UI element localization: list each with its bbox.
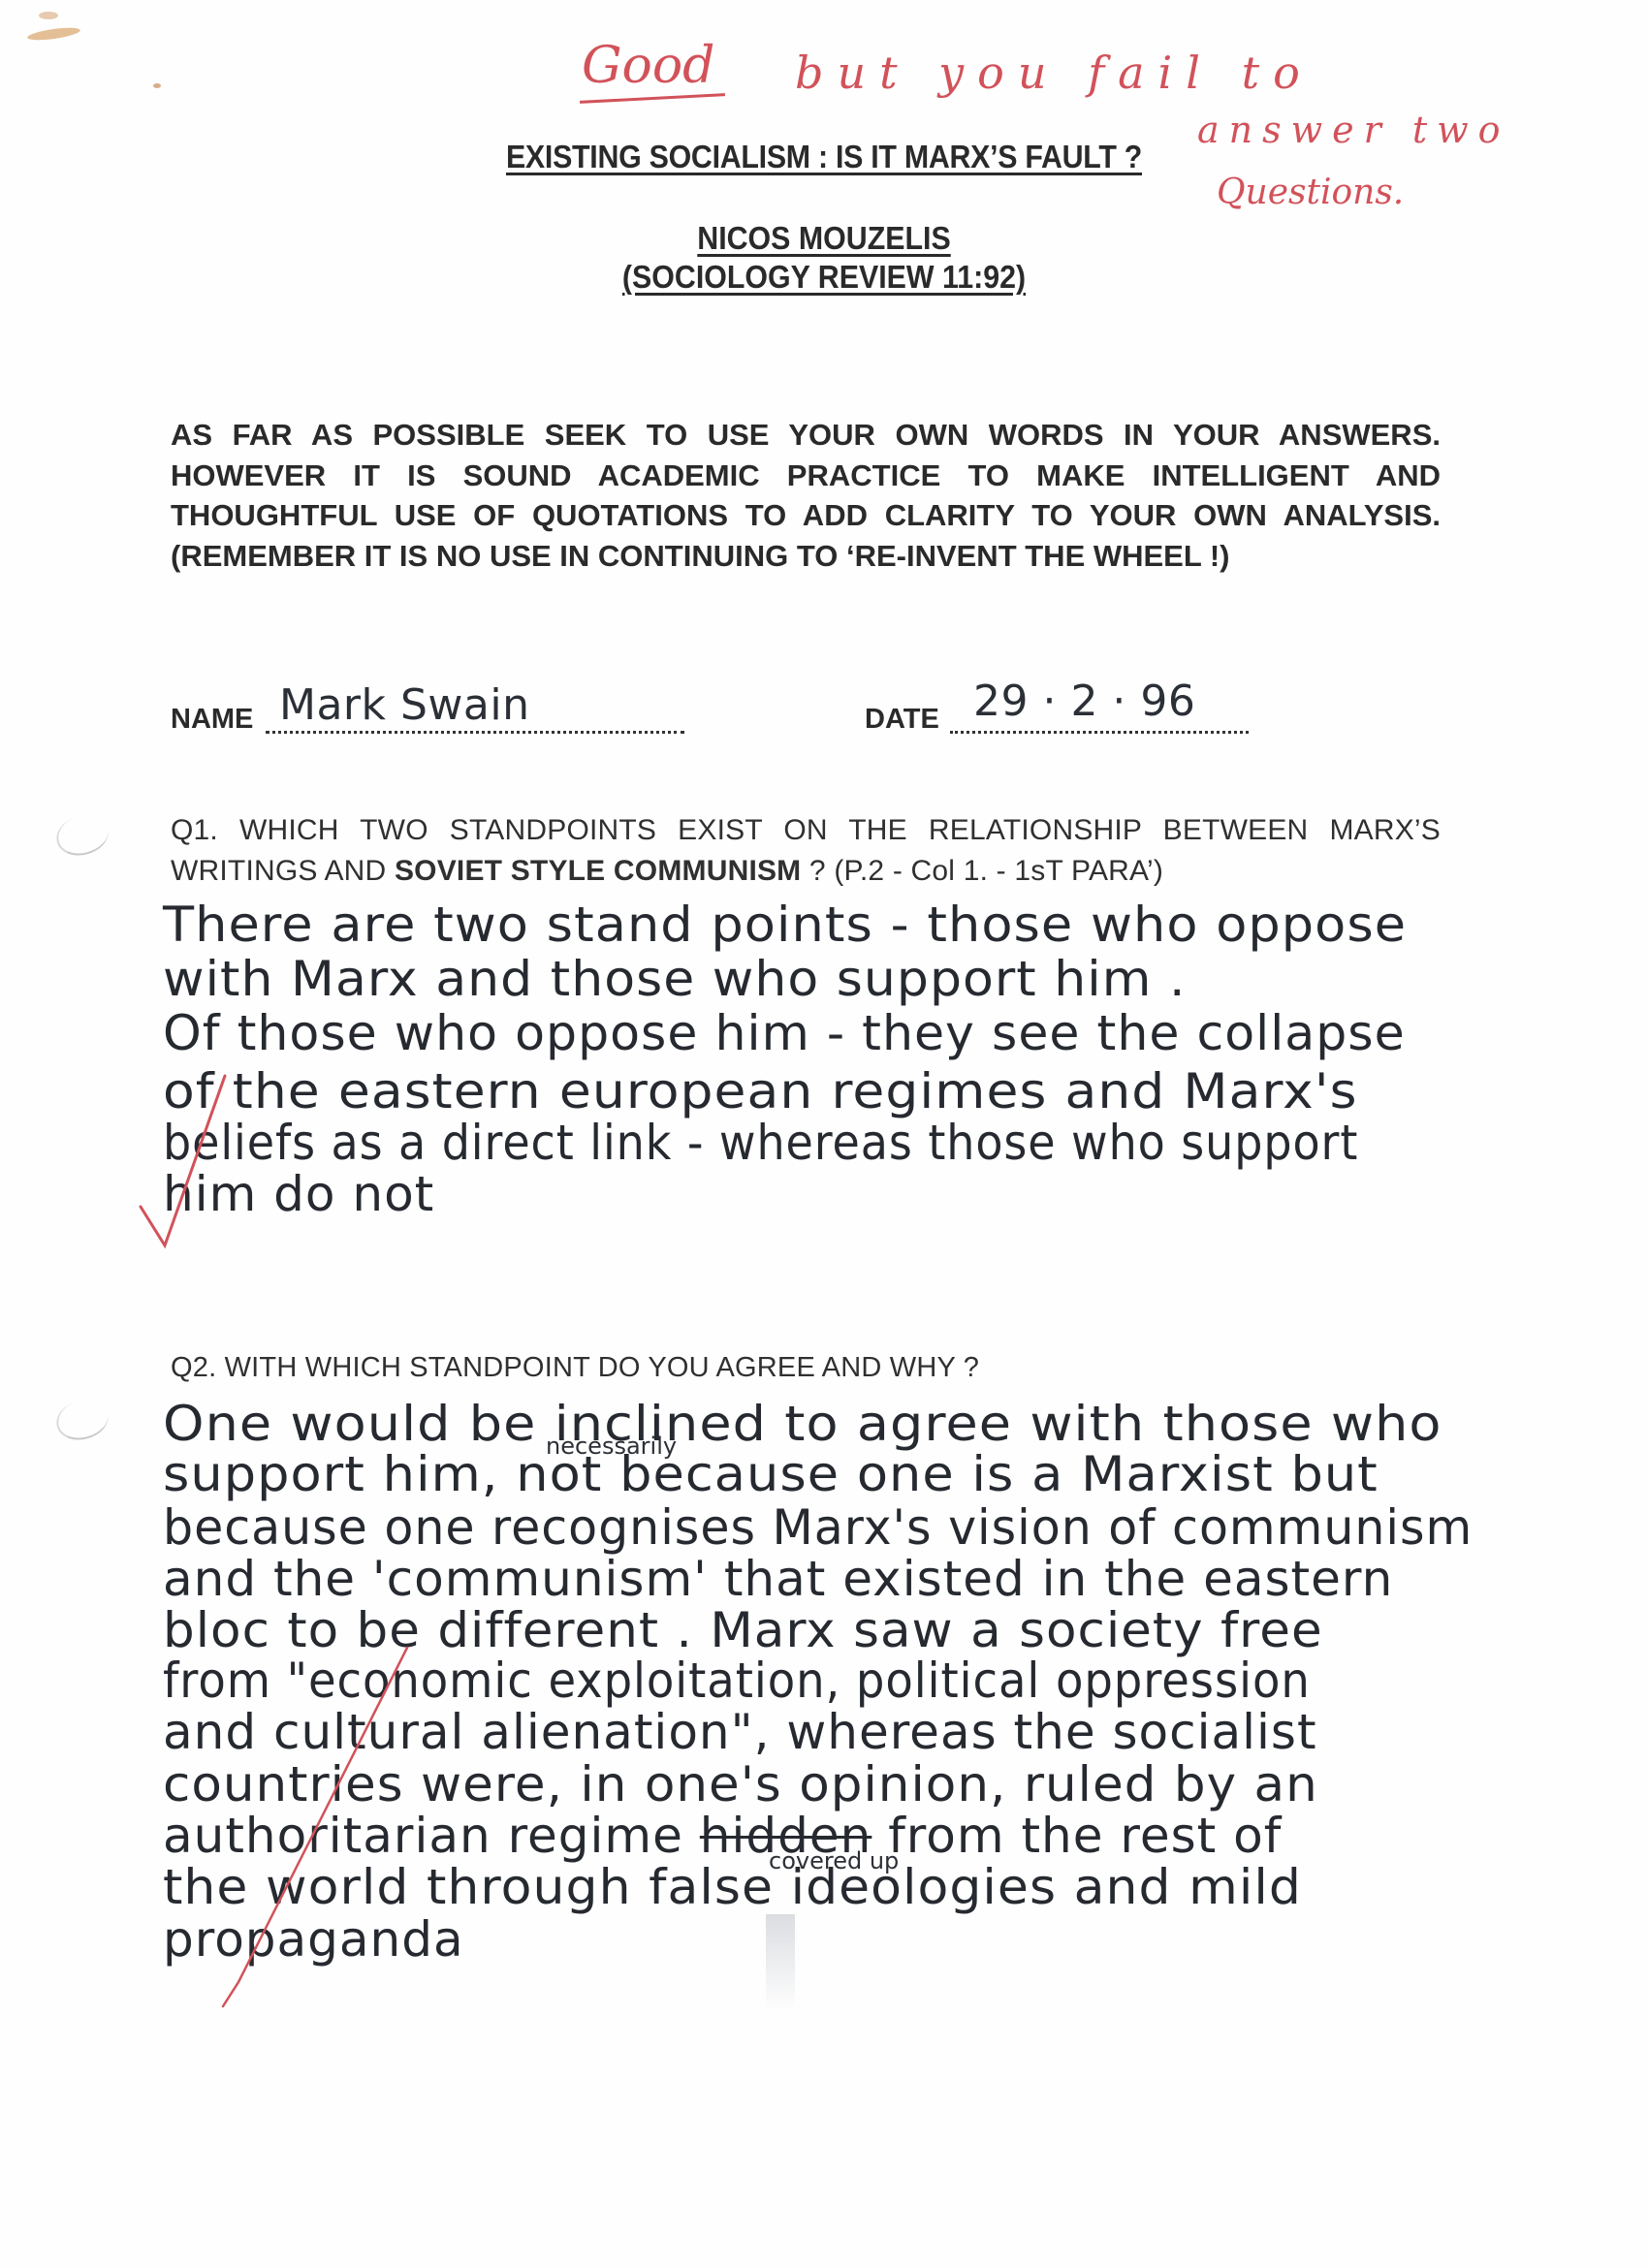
name-value: Mark Swain (279, 680, 529, 730)
answer-line: the world through false ideologies and m… (163, 1859, 1302, 1915)
scan-smudge (153, 83, 161, 88)
answer-line: of the eastern european regimes and Marx… (163, 1063, 1358, 1119)
question-1: Q1. WHICH TWO STANDPOINTS EXIST ON THE R… (171, 810, 1441, 892)
document-source: (SOCIOLOGY REVIEW 11:92) (66, 259, 1582, 296)
answer-line: Of those who oppose him - they see the c… (163, 1005, 1406, 1061)
document-title: EXISTING SOCIALISM : IS IT MARX’S FAULT … (66, 139, 1582, 175)
name-field: NAME Mark Swain (171, 690, 694, 739)
question-2: Q2. WITH WHICH STANDPOINT DO YOU AGREE A… (171, 1347, 979, 1388)
ink-smear (766, 1914, 795, 2011)
date-dotted-line (950, 727, 1249, 734)
answer-line: because one recognises Marx's vision of … (163, 1499, 1473, 1556)
scan-smudge (39, 12, 58, 19)
answer-line: propaganda (163, 1911, 464, 1968)
teacher-comment-text: but you fail to (795, 47, 1314, 99)
date-field: DATE 29 · 2 · 96 (865, 690, 1252, 739)
answer-line: support him, not because one is a Marxis… (163, 1446, 1379, 1502)
instructions-paragraph: AS FAR AS POSSIBLE SEEK TO USE YOUR OWN … (171, 415, 1441, 576)
hole-punch-mark (52, 810, 113, 862)
answer-line: One would be inclined to agree with thos… (163, 1396, 1442, 1452)
answer-line: from "economic exploitation, political o… (163, 1653, 1311, 1709)
answer-line: bloc to be different . Marx saw a societ… (163, 1602, 1323, 1658)
hole-punch-mark (52, 1395, 113, 1446)
answer-text: from the rest of (872, 1808, 1282, 1864)
teacher-comment-good: Good (582, 37, 714, 95)
teacher-comment-text: Questions. (1217, 173, 1404, 212)
question-1-bold: SOVIET STYLE COMMUNISM (395, 855, 801, 887)
name-label: NAME (171, 704, 253, 736)
answer-line: countries were, in one's opinion, ruled … (163, 1756, 1318, 1812)
answer-line: and cultural alienation", whereas the so… (163, 1704, 1317, 1760)
date-value: 29 · 2 · 96 (973, 677, 1195, 726)
answer-line: and the 'communism' that existed in the … (163, 1551, 1393, 1607)
scan-smudge (27, 25, 81, 43)
answer-line: him do not (163, 1166, 434, 1222)
answer-line-with-correction: authoritarian regime hidden from the res… (163, 1808, 1282, 1864)
document-author: NICOS MOUZELIS (66, 220, 1582, 257)
answer-line: There are two stand points - those who o… (163, 897, 1407, 953)
answer-line: with Marx and those who support him . (163, 951, 1187, 1007)
answer-line: beliefs as a direct link - whereas those… (163, 1115, 1358, 1171)
answer-text: authoritarian regime (163, 1808, 700, 1864)
date-label: DATE (865, 704, 939, 736)
question-1-ref: ? (P.2 - Col 1. - 1sT PARA’) (801, 855, 1163, 887)
